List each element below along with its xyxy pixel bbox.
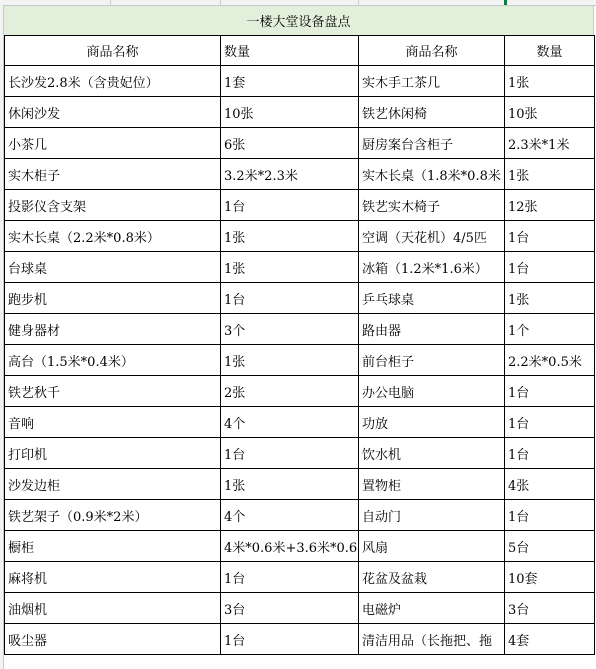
item-qty-cell[interactable]: 1台 xyxy=(505,376,595,407)
item-qty-cell[interactable]: 1台 xyxy=(221,190,359,221)
item-qty-cell[interactable]: 4个 xyxy=(221,407,359,438)
item-qty-cell[interactable]: 3台 xyxy=(505,593,595,624)
item-qty-cell[interactable]: 4套 xyxy=(505,624,595,655)
table-row: 休闲沙发10张铁艺休闲椅10张 xyxy=(5,97,595,128)
table-row: 小茶几6张厨房案台含柜子2.3米*1米 xyxy=(5,128,595,159)
item-name-cell[interactable]: 清洁用品（长拖把、拖 xyxy=(359,624,505,655)
item-name-cell[interactable]: 实木长桌（1.8米*0.8米 xyxy=(359,159,505,190)
table-row: 铁艺秋千2张办公电脑1台 xyxy=(5,376,595,407)
item-qty-cell[interactable]: 6张 xyxy=(221,128,359,159)
item-name-cell[interactable]: 油烟机 xyxy=(5,593,221,624)
item-qty-cell[interactable]: 5台 xyxy=(505,531,595,562)
item-name-cell[interactable]: 橱柜 xyxy=(5,531,221,562)
sheet-title-cell[interactable]: 一楼大堂设备盘点 xyxy=(4,6,594,35)
item-name-cell[interactable]: 铁艺实木椅子 xyxy=(359,190,505,221)
item-qty-cell[interactable]: 1张 xyxy=(221,469,359,500)
item-qty-cell[interactable]: 2.2米*0.5米 xyxy=(505,345,595,376)
table-row: 音响4个功放1台 xyxy=(5,407,595,438)
item-qty-cell[interactable]: 1套 xyxy=(221,66,359,97)
item-qty-cell[interactable]: 4个 xyxy=(221,500,359,531)
item-qty-cell[interactable]: 2张 xyxy=(221,376,359,407)
item-qty-cell[interactable]: 2.3米*1米 xyxy=(505,128,595,159)
item-name-cell[interactable]: 花盆及盆栽 xyxy=(359,562,505,593)
item-name-cell[interactable]: 音响 xyxy=(5,407,221,438)
item-name-cell[interactable]: 休闲沙发 xyxy=(5,97,221,128)
table-row: 高台（1.5米*0.4米）1张前台柜子2.2米*0.5米 xyxy=(5,345,595,376)
item-name-cell[interactable]: 高台（1.5米*0.4米） xyxy=(5,345,221,376)
item-name-cell[interactable]: 沙发边柜 xyxy=(5,469,221,500)
item-qty-cell[interactable]: 1张 xyxy=(505,283,595,314)
item-name-cell[interactable]: 铁艺休闲椅 xyxy=(359,97,505,128)
item-name-cell[interactable]: 麻将机 xyxy=(5,562,221,593)
selection-indicator xyxy=(504,0,507,5)
item-name-cell[interactable]: 吸尘器 xyxy=(5,624,221,655)
table-row: 铁艺架子（0.9米*2米）4个自动门1台 xyxy=(5,500,595,531)
item-qty-cell[interactable]: 10套 xyxy=(505,562,595,593)
item-name-cell[interactable]: 自动门 xyxy=(359,500,505,531)
item-name-cell[interactable]: 铁艺秋千 xyxy=(5,376,221,407)
item-name-cell[interactable]: 路由器 xyxy=(359,314,505,345)
item-qty-cell[interactable]: 3个 xyxy=(221,314,359,345)
item-qty-cell[interactable]: 10张 xyxy=(221,97,359,128)
table-row: 台球桌1张冰箱（1.2米*1.6米）1台 xyxy=(5,252,595,283)
item-qty-cell[interactable]: 1张 xyxy=(221,345,359,376)
header-cell-qty-2[interactable]: 数量 xyxy=(505,36,595,66)
item-name-cell[interactable]: 风扇 xyxy=(359,531,505,562)
item-name-cell[interactable]: 打印机 xyxy=(5,438,221,469)
item-name-cell[interactable]: 置物柜 xyxy=(359,469,505,500)
item-qty-cell[interactable]: 1台 xyxy=(221,624,359,655)
table-row: 长沙发2.8米（含贵妃位）1套实木手工茶几1张 xyxy=(5,66,595,97)
item-qty-cell[interactable]: 1张 xyxy=(505,66,595,97)
header-row: 商品名称 数量 商品名称 数量 xyxy=(5,36,595,66)
table-row: 实木长桌（2.2米*0.8米）1张空调（天花机）4/5匹1台 xyxy=(5,221,595,252)
item-name-cell[interactable]: 实木长桌（2.2米*0.8米） xyxy=(5,221,221,252)
item-qty-cell[interactable]: 1台 xyxy=(505,438,595,469)
item-qty-cell[interactable]: 3台 xyxy=(221,593,359,624)
item-qty-cell[interactable]: 10张 xyxy=(505,97,595,128)
item-qty-cell[interactable]: 1个 xyxy=(505,314,595,345)
sheet-title: 一楼大堂设备盘点 xyxy=(246,11,350,30)
table-row: 打印机1台饮水机1台 xyxy=(5,438,595,469)
item-qty-cell[interactable]: 12张 xyxy=(505,190,595,221)
item-qty-cell[interactable]: 1张 xyxy=(505,159,595,190)
item-name-cell[interactable]: 实木柜子 xyxy=(5,159,221,190)
gridline xyxy=(358,0,359,5)
table-row: 麻将机1台花盆及盆栽10套 xyxy=(5,562,595,593)
item-qty-cell[interactable]: 1台 xyxy=(505,221,595,252)
item-name-cell[interactable]: 厨房案台含柜子 xyxy=(359,128,505,159)
inventory-table: 商品名称 数量 商品名称 数量 长沙发2.8米（含贵妃位）1套实木手工茶几1张休… xyxy=(4,35,595,655)
item-qty-cell[interactable]: 1台 xyxy=(505,252,595,283)
item-name-cell[interactable]: 乒乓球桌 xyxy=(359,283,505,314)
item-qty-cell[interactable]: 1台 xyxy=(221,562,359,593)
table-row: 投影仪含支架1台铁艺实木椅子12张 xyxy=(5,190,595,221)
header-cell-name-1[interactable]: 商品名称 xyxy=(5,36,221,66)
item-name-cell[interactable]: 跑步机 xyxy=(5,283,221,314)
header-cell-name-2[interactable]: 商品名称 xyxy=(359,36,505,66)
item-qty-cell[interactable]: 1台 xyxy=(221,283,359,314)
header-cell-qty-1[interactable]: 数量 xyxy=(221,36,359,66)
item-name-cell[interactable]: 健身器材 xyxy=(5,314,221,345)
table-row: 健身器材3个路由器1个 xyxy=(5,314,595,345)
table-row: 实木柜子3.2米*2.3米实木长桌（1.8米*0.8米1张 xyxy=(5,159,595,190)
item-qty-cell[interactable]: 1台 xyxy=(505,500,595,531)
item-qty-cell[interactable]: 4张 xyxy=(505,469,595,500)
item-qty-cell[interactable]: 4米*0.6米+3.6米*0.6 xyxy=(221,531,359,562)
table-row: 跑步机1台乒乓球桌1张 xyxy=(5,283,595,314)
table-row: 吸尘器1台清洁用品（长拖把、拖4套 xyxy=(5,624,595,655)
item-name-cell[interactable]: 空调（天花机）4/5匹 xyxy=(359,221,505,252)
item-name-cell[interactable]: 冰箱（1.2米*1.6米） xyxy=(359,252,505,283)
item-name-cell[interactable]: 办公电脑 xyxy=(359,376,505,407)
table-row: 沙发边柜1张置物柜4张 xyxy=(5,469,595,500)
item-name-cell[interactable]: 投影仪含支架 xyxy=(5,190,221,221)
gridline xyxy=(220,0,221,5)
gridline xyxy=(110,0,111,5)
item-qty-cell[interactable]: 1张 xyxy=(221,252,359,283)
table-row: 油烟机3台电磁炉3台 xyxy=(5,593,595,624)
item-name-cell[interactable]: 电磁炉 xyxy=(359,593,505,624)
item-name-cell[interactable]: 铁艺架子（0.9米*2米） xyxy=(5,500,221,531)
item-name-cell[interactable]: 功放 xyxy=(359,407,505,438)
item-qty-cell[interactable]: 1台 xyxy=(221,438,359,469)
item-name-cell[interactable]: 饮水机 xyxy=(359,438,505,469)
item-name-cell[interactable]: 小茶几 xyxy=(5,128,221,159)
table-row: 橱柜4米*0.6米+3.6米*0.6风扇5台 xyxy=(5,531,595,562)
item-qty-cell[interactable]: 1张 xyxy=(221,221,359,252)
item-name-cell[interactable]: 长沙发2.8米（含贵妃位） xyxy=(5,66,221,97)
item-qty-cell[interactable]: 3.2米*2.3米 xyxy=(221,159,359,190)
item-name-cell[interactable]: 前台柜子 xyxy=(359,345,505,376)
item-name-cell[interactable]: 台球桌 xyxy=(5,252,221,283)
item-qty-cell[interactable]: 1台 xyxy=(505,407,595,438)
item-name-cell[interactable]: 实木手工茶几 xyxy=(359,66,505,97)
